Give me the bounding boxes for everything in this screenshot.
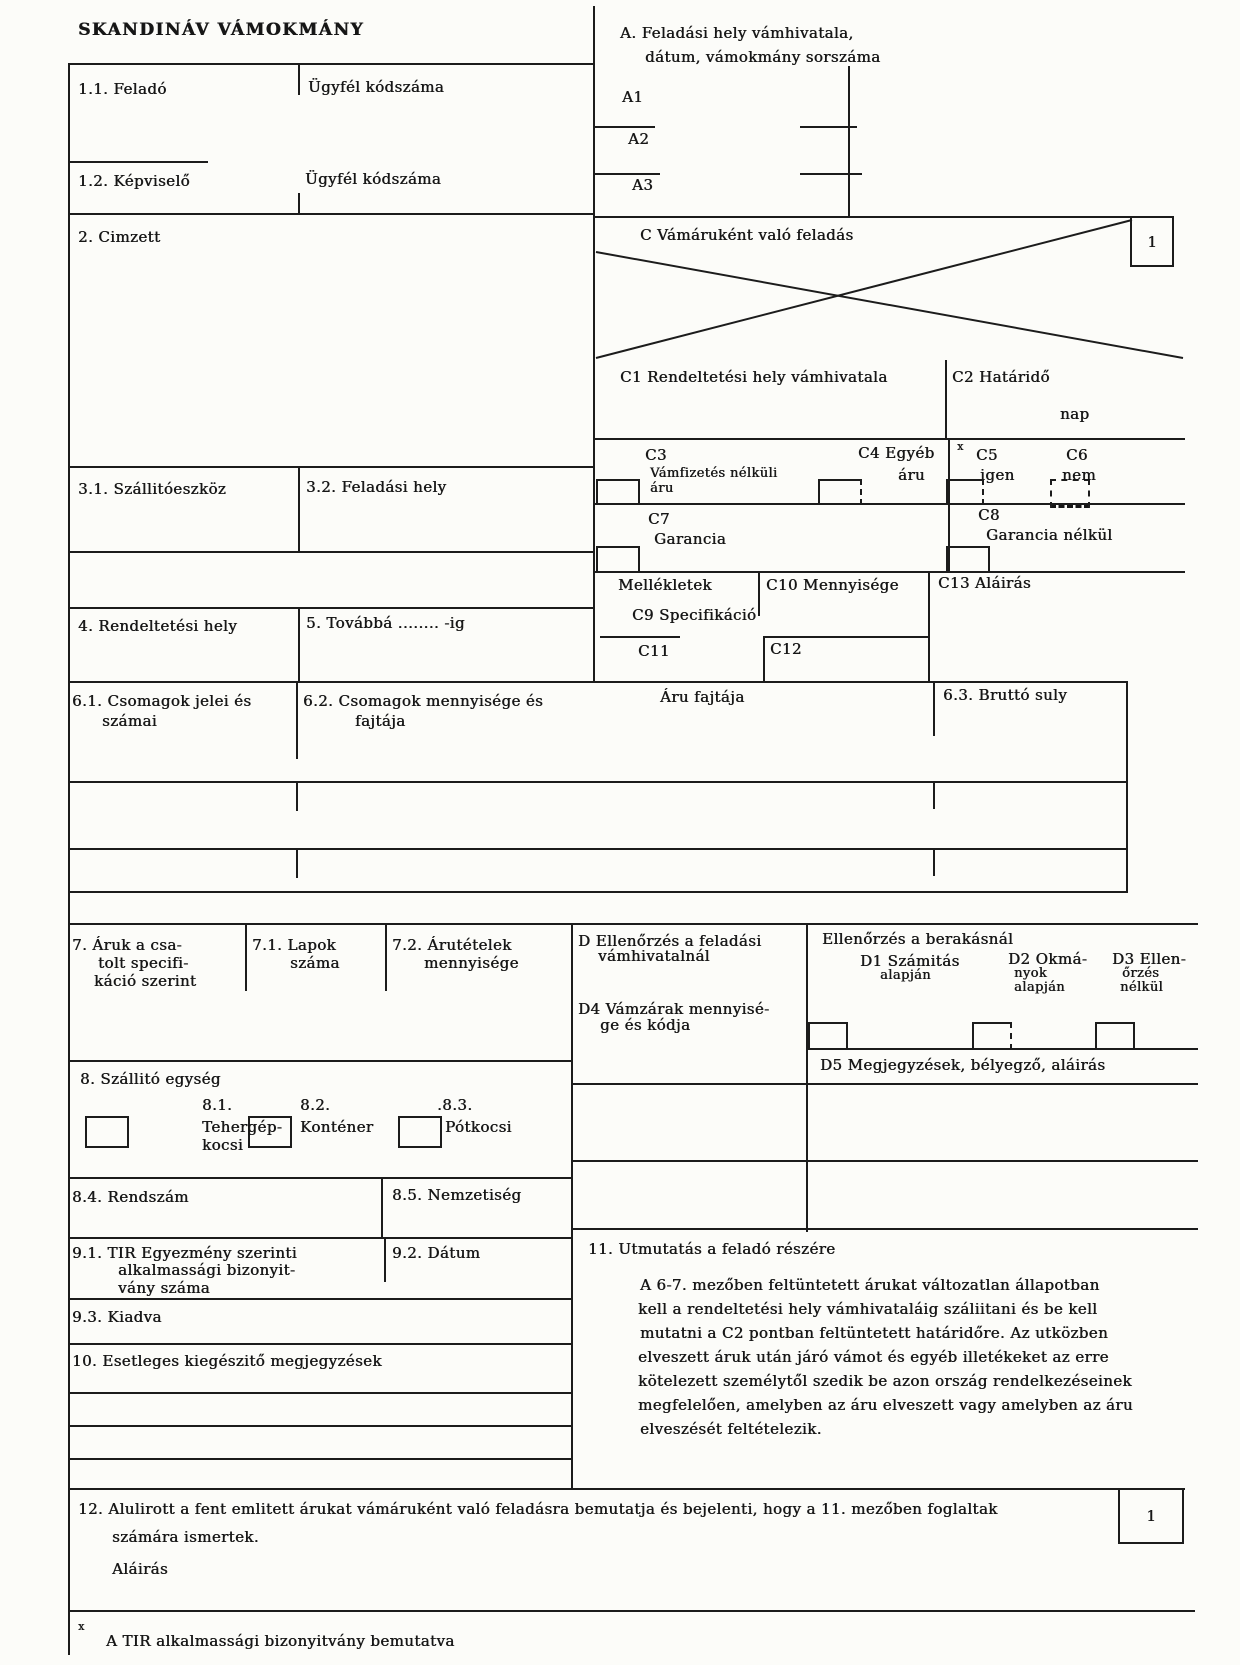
tick-sec6-r1b	[933, 781, 935, 809]
footnote-mark: x	[78, 1620, 85, 1633]
section-a-line2: dátum, vámokmány sorszáma	[645, 48, 880, 66]
field-9-1-line2: alkalmassági bizonyit-	[118, 1261, 295, 1279]
section-11-body-7: elveszését feltételezik.	[640, 1420, 822, 1438]
field-9-3-label: 9.3. Kiadva	[72, 1308, 162, 1326]
section-11-body-1: A 6-7. mezőben feltüntetett árukat válto…	[640, 1276, 1100, 1294]
line-sec6-top	[68, 681, 1128, 683]
line-row2-top	[68, 213, 595, 215]
field-8-3-num: .8.3.	[437, 1096, 472, 1114]
tick-sec6-r2b	[933, 848, 935, 876]
field-c3-label: C3	[645, 446, 667, 464]
tick-sec6-r2a	[296, 848, 298, 878]
field-c8-line2: Garancia nélkül	[986, 526, 1113, 544]
field-6-3-label: 6.3. Bruttó suly	[943, 686, 1067, 704]
line-row91-top	[68, 1237, 573, 1239]
section-11-header: 11. Utmutatás a feladó részére	[588, 1240, 835, 1258]
field-7-1-line1: 7.1. Lapok	[252, 936, 336, 954]
line-c7-bottom	[593, 571, 1185, 573]
field-c3-line3: áru	[650, 481, 674, 496]
field-c1-label: C1 Rendeltetési hely vámhivatala	[620, 368, 888, 386]
signature-label: Aláirás	[112, 1560, 168, 1578]
field-4-label: 4. Rendeltetési hely	[78, 617, 237, 635]
form-title: SKANDINÁV VÁMOKMÁNY	[78, 20, 364, 40]
checkbox-c3	[596, 479, 640, 505]
field-c2-nap: nap	[1060, 405, 1089, 423]
field-a3-label: A3	[632, 176, 653, 194]
field-1-1-label: 1.1. Feladó	[78, 80, 167, 98]
divider-c1-c2	[945, 360, 947, 438]
field-8-1-line2: kocsi	[202, 1136, 243, 1154]
divider-c11-c12	[763, 636, 765, 681]
section-11-body-3: mutatni a C2 pontban feltüntetett határi…	[640, 1324, 1108, 1342]
checkbox-c5	[946, 479, 984, 505]
client-code-label-2: Ügyfél kódszáma	[305, 170, 441, 188]
loading-check-label: Ellenőrzés a berakásnál	[822, 930, 1013, 948]
line-row84-top	[68, 1177, 573, 1179]
section-11-body-5: kötelezett személytől szedik be azon ors…	[638, 1372, 1132, 1390]
field-c10-label: C10 Mennyisége	[766, 576, 899, 594]
field-10-label: 10. Esetleges kiegészitő megjegyzések	[72, 1352, 382, 1370]
field-c11-label: C11	[638, 642, 670, 660]
field-c7-label: C7	[648, 510, 670, 528]
field-8-2-label: Konténer	[300, 1118, 373, 1136]
line-d5-top	[806, 1048, 1198, 1050]
field-8-2-num: 8.2.	[300, 1096, 330, 1114]
checkbox-81-truck	[85, 1116, 129, 1148]
field-6-2-line1: 6.2. Csomagok mennyisége és	[303, 692, 543, 710]
field-c13-label: C13 Aláirás	[938, 574, 1031, 592]
field-7-line1: 7. Áruk a csa-	[72, 936, 182, 954]
line-sec12-top	[68, 1488, 1185, 1490]
field-8-4-label: 8.4. Rendszám	[72, 1188, 189, 1206]
section-a-line1: A. Feladási hely vámhivatala,	[620, 24, 854, 42]
field-8-3-label: Pótkocsi	[445, 1118, 512, 1136]
checkbox-c4	[818, 479, 862, 505]
footnote-mark-c5: x	[957, 440, 964, 453]
line-left-block-top	[68, 63, 595, 65]
field-c6-no: nem	[1062, 466, 1096, 484]
line-sec6-row1	[68, 781, 1128, 783]
footnote-text: A TIR alkalmassági bizonyitvány bemutatv…	[106, 1632, 455, 1650]
field-c9-label: C9 Specifikáció	[632, 606, 756, 624]
field-d-line2: vámhivatalnál	[598, 947, 710, 965]
line-under-1-1	[68, 161, 208, 163]
line-c1-bottom	[593, 438, 1185, 440]
field-c4-line2: áru	[898, 466, 925, 484]
line-row10-top	[68, 1343, 573, 1345]
divider-3-1-3-2	[298, 466, 300, 553]
line-c11-over	[600, 636, 680, 638]
field-a2-label: A2	[628, 130, 649, 148]
field-6-1-line1: 6.1. Csomagok jelei és	[72, 692, 251, 710]
field-1-2-label: 1.2. Képviselő	[78, 172, 190, 190]
checkbox-d3	[1095, 1022, 1135, 1050]
field-c4-label: C4 Egyéb	[858, 444, 935, 462]
checkbox-c7	[596, 546, 640, 573]
border-left	[68, 63, 70, 1655]
section-11-body-4: elveszett áruk után járó vámot és egyéb …	[638, 1348, 1109, 1366]
field-d3-line2: őrzés	[1122, 966, 1159, 981]
customs-form-page: SKANDINÁV VÁMOKMÁNY 1	[0, 0, 1240, 1665]
line-a3-left	[595, 173, 660, 175]
tick-client-code-1	[298, 63, 300, 95]
tick-client-code-2	[298, 193, 300, 215]
field-7-line3: káció szerint	[94, 972, 196, 990]
line-a2-right	[800, 126, 857, 128]
section-11-body-6: megfelelően, amelyben az áru elveszett v…	[638, 1396, 1133, 1414]
attachments-label: Mellékletek	[618, 576, 712, 594]
field-7-2-line1: 7.2. Árutételek	[392, 936, 512, 954]
divider-center-lower	[571, 923, 573, 1490]
divider-mell-c10	[758, 571, 760, 616]
section-c-header: C Vámáruként való feladás	[640, 226, 854, 244]
tick-sec6-r1a	[296, 781, 298, 811]
line-row3-bottom	[68, 551, 595, 553]
divider-91-92	[384, 1237, 386, 1282]
section-12-line1: 12. Alulirott a fent emlitett árukat vám…	[78, 1500, 998, 1518]
checkbox-d1	[808, 1022, 848, 1050]
line-row3-top	[68, 466, 595, 468]
field-c6-label: C6	[1066, 446, 1088, 464]
line-sec12-bottom	[68, 1610, 1195, 1612]
field-6-1-line2: számai	[102, 712, 157, 730]
field-d1-line2: alapján	[880, 968, 931, 983]
field-9-1-line1: 9.1. TIR Egyezmény szerinti	[72, 1244, 297, 1262]
divider-4-5	[298, 607, 300, 683]
border-sec6-right	[1126, 681, 1128, 893]
line-row8-top	[68, 1060, 573, 1062]
field-a1-label: A1	[622, 88, 643, 106]
line-sec11-top	[571, 1228, 1198, 1230]
field-7-2-line2: mennyisége	[424, 954, 519, 972]
line-empty-2	[68, 1458, 573, 1460]
field-9-1-line3: vány száma	[118, 1279, 210, 1297]
line-a3-right	[800, 173, 862, 175]
divider-c10-c13	[928, 571, 930, 681]
field-8-5-label: 8.5. Nemzetiség	[392, 1186, 521, 1204]
line-sec6-row2	[68, 848, 1128, 850]
field-d2-line3: alapján	[1014, 980, 1065, 995]
field-5-label: 5. Továbbá ........ -ig	[306, 614, 465, 632]
field-c8-label: C8	[978, 506, 1000, 524]
field-3-2-label: 3.2. Feladási hely	[306, 478, 446, 496]
line-empty-1	[68, 1425, 573, 1427]
client-code-label-1: Ügyfél kódszáma	[308, 78, 444, 96]
field-d4-line2: ge és kódja	[600, 1016, 690, 1034]
field-d2-line2: nyok	[1014, 966, 1047, 981]
divider-84-85	[381, 1177, 383, 1239]
divider-61-62	[296, 681, 298, 759]
field-c5-yes: igen	[980, 466, 1015, 484]
field-8-1-line1: Tehergép-	[202, 1118, 282, 1136]
line-sec7-top	[68, 923, 1198, 925]
field-c7-line2: Garancia	[654, 530, 726, 548]
line-sec6-bottom	[68, 891, 1128, 893]
section-11-body-2: kell a rendeltetési hely vámhivataláig s…	[638, 1300, 1097, 1318]
field-6-2-line2: fajtája	[355, 712, 406, 730]
field-c12-label: C12	[770, 640, 802, 658]
checkbox-83-trailer	[398, 1116, 442, 1148]
line-row93-top	[68, 1298, 573, 1300]
field-d3-line3: nélkül	[1120, 980, 1163, 995]
line-row10-bottom	[68, 1392, 573, 1394]
field-2-label: 2. Cimzett	[78, 228, 160, 246]
divider-a-inner	[848, 66, 850, 216]
divider-71-72	[385, 923, 387, 991]
line-row45-top	[68, 607, 595, 609]
divider-d-inner	[806, 923, 808, 1232]
field-7-1-line2: száma	[290, 954, 340, 972]
line-d-empty1	[571, 1160, 1198, 1162]
field-7-line2: tolt specifi-	[98, 954, 189, 972]
goods-kind-label: Áru fajtája	[660, 688, 745, 706]
field-c2-label: C2 Határidő	[952, 368, 1050, 386]
copy-number-bottom: 1	[1146, 1507, 1156, 1525]
line-a2-left	[595, 126, 655, 128]
field-c5-label: C5	[976, 446, 998, 464]
field-c3-line2: Vámfizetés nélküli	[650, 466, 778, 481]
field-3-1-label: 3.1. Szállitóeszköz	[78, 480, 226, 498]
section-12-line2: számára ismertek.	[112, 1528, 259, 1546]
copy-number-box-bottom: 1	[1118, 1488, 1184, 1544]
divider-aru-63	[933, 681, 935, 736]
line-d5-bottom	[571, 1083, 1198, 1085]
checkbox-c8	[946, 546, 990, 573]
checkbox-d2	[972, 1022, 1012, 1050]
divider-7-71	[245, 923, 247, 991]
field-9-2-label: 9.2. Dátum	[392, 1244, 480, 1262]
field-8-1-num: 8.1.	[202, 1096, 232, 1114]
section-8-header: 8. Szállitó egység	[80, 1070, 221, 1088]
line-c12-over	[763, 636, 928, 638]
field-d5-label: D5 Megjegyzések, bélyegző, aláirás	[820, 1056, 1105, 1074]
line-c3-bottom	[593, 503, 1185, 505]
